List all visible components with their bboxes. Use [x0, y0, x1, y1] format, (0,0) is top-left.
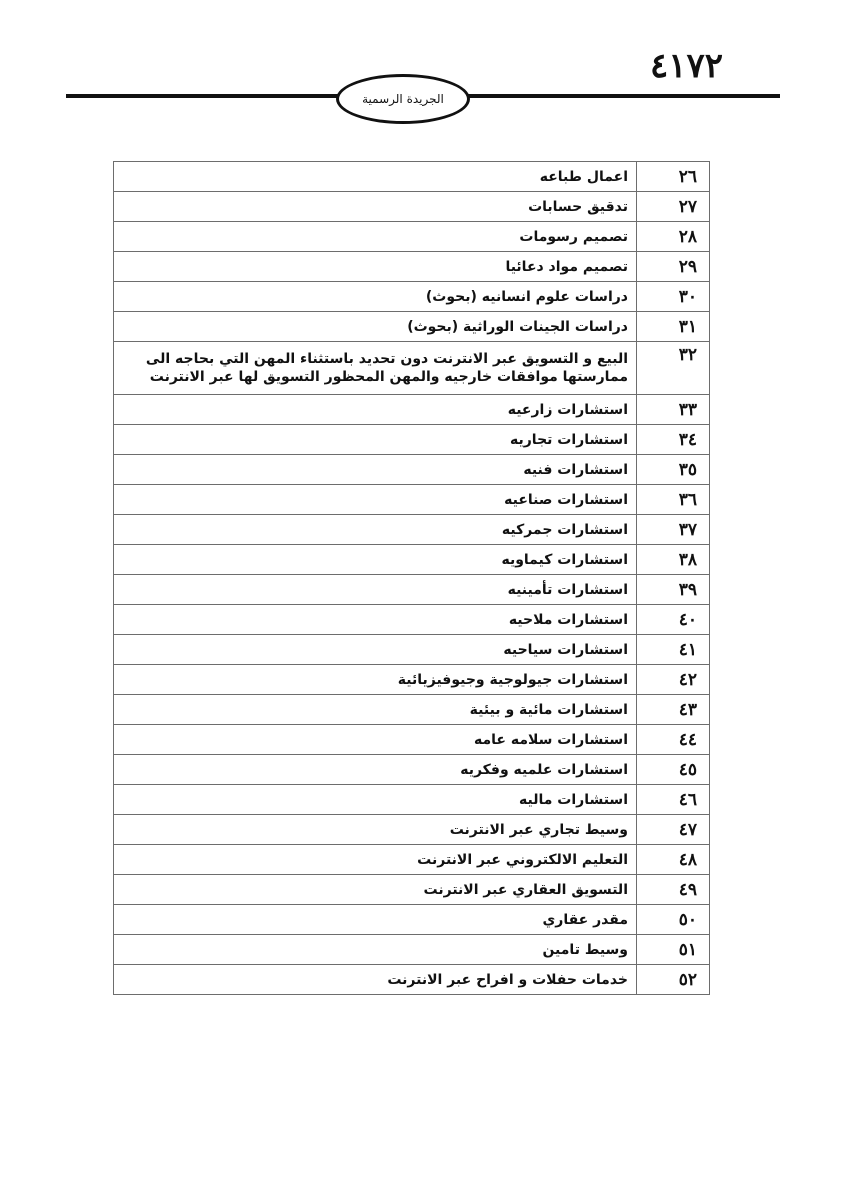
table-row: ٤٢استشارات جيولوجية وجيوفيزيائية — [114, 665, 710, 695]
row-text: مقدر عقاري — [114, 905, 637, 935]
row-number: ٥٠ — [637, 905, 710, 935]
row-number: ٣١ — [637, 312, 710, 342]
row-number: ٥١ — [637, 935, 710, 965]
table-row: ٢٩تصميم مواد دعائيا — [114, 252, 710, 282]
table-row: ٤٠استشارات ملاحيه — [114, 605, 710, 635]
row-number: ٤٥ — [637, 755, 710, 785]
row-number: ٤٧ — [637, 815, 710, 845]
row-text: استشارات جيولوجية وجيوفيزيائية — [114, 665, 637, 695]
row-number: ٣٣ — [637, 395, 710, 425]
row-text: استشارات سياحيه — [114, 635, 637, 665]
table-row: ٣٧استشارات جمركيه — [114, 515, 710, 545]
row-text: استشارات مائية و بيئية — [114, 695, 637, 725]
row-text: التعليم الالكتروني عبر الانترنت — [114, 845, 637, 875]
table-row: ٥٠مقدر عقاري — [114, 905, 710, 935]
row-text: استشارات ملاحيه — [114, 605, 637, 635]
row-text: استشارات كيماويه — [114, 545, 637, 575]
table-row: ٣٦استشارات صناعيه — [114, 485, 710, 515]
row-text: التسويق العقاري عبر الانترنت — [114, 875, 637, 905]
row-number: ٣٠ — [637, 282, 710, 312]
row-number: ٣٤ — [637, 425, 710, 455]
table-row: ٥٢خدمات حفلات و افراح عبر الانترنت — [114, 965, 710, 995]
table-row: ٢٦اعمال طباعه — [114, 162, 710, 192]
gazette-title: الجريدة الرسمية — [362, 92, 444, 106]
row-text: وسيط تامين — [114, 935, 637, 965]
table-row: ٣٩استشارات تأمينيه — [114, 575, 710, 605]
row-text: اعمال طباعه — [114, 162, 637, 192]
row-number: ٤٠ — [637, 605, 710, 635]
row-text: استشارات جمركيه — [114, 515, 637, 545]
table-row: ٤٣استشارات مائية و بيئية — [114, 695, 710, 725]
row-text: استشارات تأمينيه — [114, 575, 637, 605]
row-number: ٥٢ — [637, 965, 710, 995]
table-row: ٣٣استشارات زارعيه — [114, 395, 710, 425]
table-row: ٣٢البيع و التسويق عبر الانترنت دون تحديد… — [114, 342, 710, 395]
row-number: ٤٣ — [637, 695, 710, 725]
row-number: ٤٢ — [637, 665, 710, 695]
row-number: ٤٩ — [637, 875, 710, 905]
table-row: ٣٤استشارات تجاريه — [114, 425, 710, 455]
row-number: ٣٩ — [637, 575, 710, 605]
row-text: استشارات زارعيه — [114, 395, 637, 425]
row-text: البيع و التسويق عبر الانترنت دون تحديد ب… — [114, 342, 637, 395]
table-row: ٤٧وسيط تجاري عبر الانترنت — [114, 815, 710, 845]
table-row: ٤١استشارات سياحيه — [114, 635, 710, 665]
row-number: ٢٨ — [637, 222, 710, 252]
activities-table: ٢٦اعمال طباعه ٢٧تدقيق حسابات ٢٨تصميم رسو… — [113, 161, 710, 995]
table-row: ٤٩التسويق العقاري عبر الانترنت — [114, 875, 710, 905]
table-row: ٤٨التعليم الالكتروني عبر الانترنت — [114, 845, 710, 875]
table-row: ٣٥استشارات فنيه — [114, 455, 710, 485]
row-text: تصميم رسومات — [114, 222, 637, 252]
row-number: ٣٦ — [637, 485, 710, 515]
row-number: ٤٨ — [637, 845, 710, 875]
table-row: ٣٠دراسات علوم انسانيه (بحوث) — [114, 282, 710, 312]
table-row: ٤٥استشارات علميه وفكريه — [114, 755, 710, 785]
row-number: ٤١ — [637, 635, 710, 665]
table-row: ٥١وسيط تامين — [114, 935, 710, 965]
row-text: استشارات ماليه — [114, 785, 637, 815]
row-text: استشارات صناعيه — [114, 485, 637, 515]
row-text: استشارات تجاريه — [114, 425, 637, 455]
table-row: ٢٧تدقيق حسابات — [114, 192, 710, 222]
row-text: دراسات علوم انسانيه (بحوث) — [114, 282, 637, 312]
row-text: استشارات فنيه — [114, 455, 637, 485]
row-number: ٣٥ — [637, 455, 710, 485]
row-text: دراسات الجينات الوراثية (بحوث) — [114, 312, 637, 342]
row-text: تصميم مواد دعائيا — [114, 252, 637, 282]
row-text: تدقيق حسابات — [114, 192, 637, 222]
row-number: ٣٧ — [637, 515, 710, 545]
row-text: خدمات حفلات و افراح عبر الانترنت — [114, 965, 637, 995]
row-number: ٢٩ — [637, 252, 710, 282]
row-text: استشارات سلامه عامه — [114, 725, 637, 755]
page-number: ٤١٧٢ — [650, 46, 723, 86]
row-number: ٢٧ — [637, 192, 710, 222]
row-text: وسيط تجاري عبر الانترنت — [114, 815, 637, 845]
row-number: ٤٦ — [637, 785, 710, 815]
gazette-title-oval: الجريدة الرسمية — [336, 74, 470, 124]
table-row: ٣١دراسات الجينات الوراثية (بحوث) — [114, 312, 710, 342]
table-row: ٣٨استشارات كيماويه — [114, 545, 710, 575]
row-text: استشارات علميه وفكريه — [114, 755, 637, 785]
row-number: ٤٤ — [637, 725, 710, 755]
row-number: ٣٨ — [637, 545, 710, 575]
table-row: ٤٦استشارات ماليه — [114, 785, 710, 815]
table-row: ٢٨تصميم رسومات — [114, 222, 710, 252]
table-row: ٤٤استشارات سلامه عامه — [114, 725, 710, 755]
row-number: ٢٦ — [637, 162, 710, 192]
row-number: ٣٢ — [637, 342, 710, 395]
